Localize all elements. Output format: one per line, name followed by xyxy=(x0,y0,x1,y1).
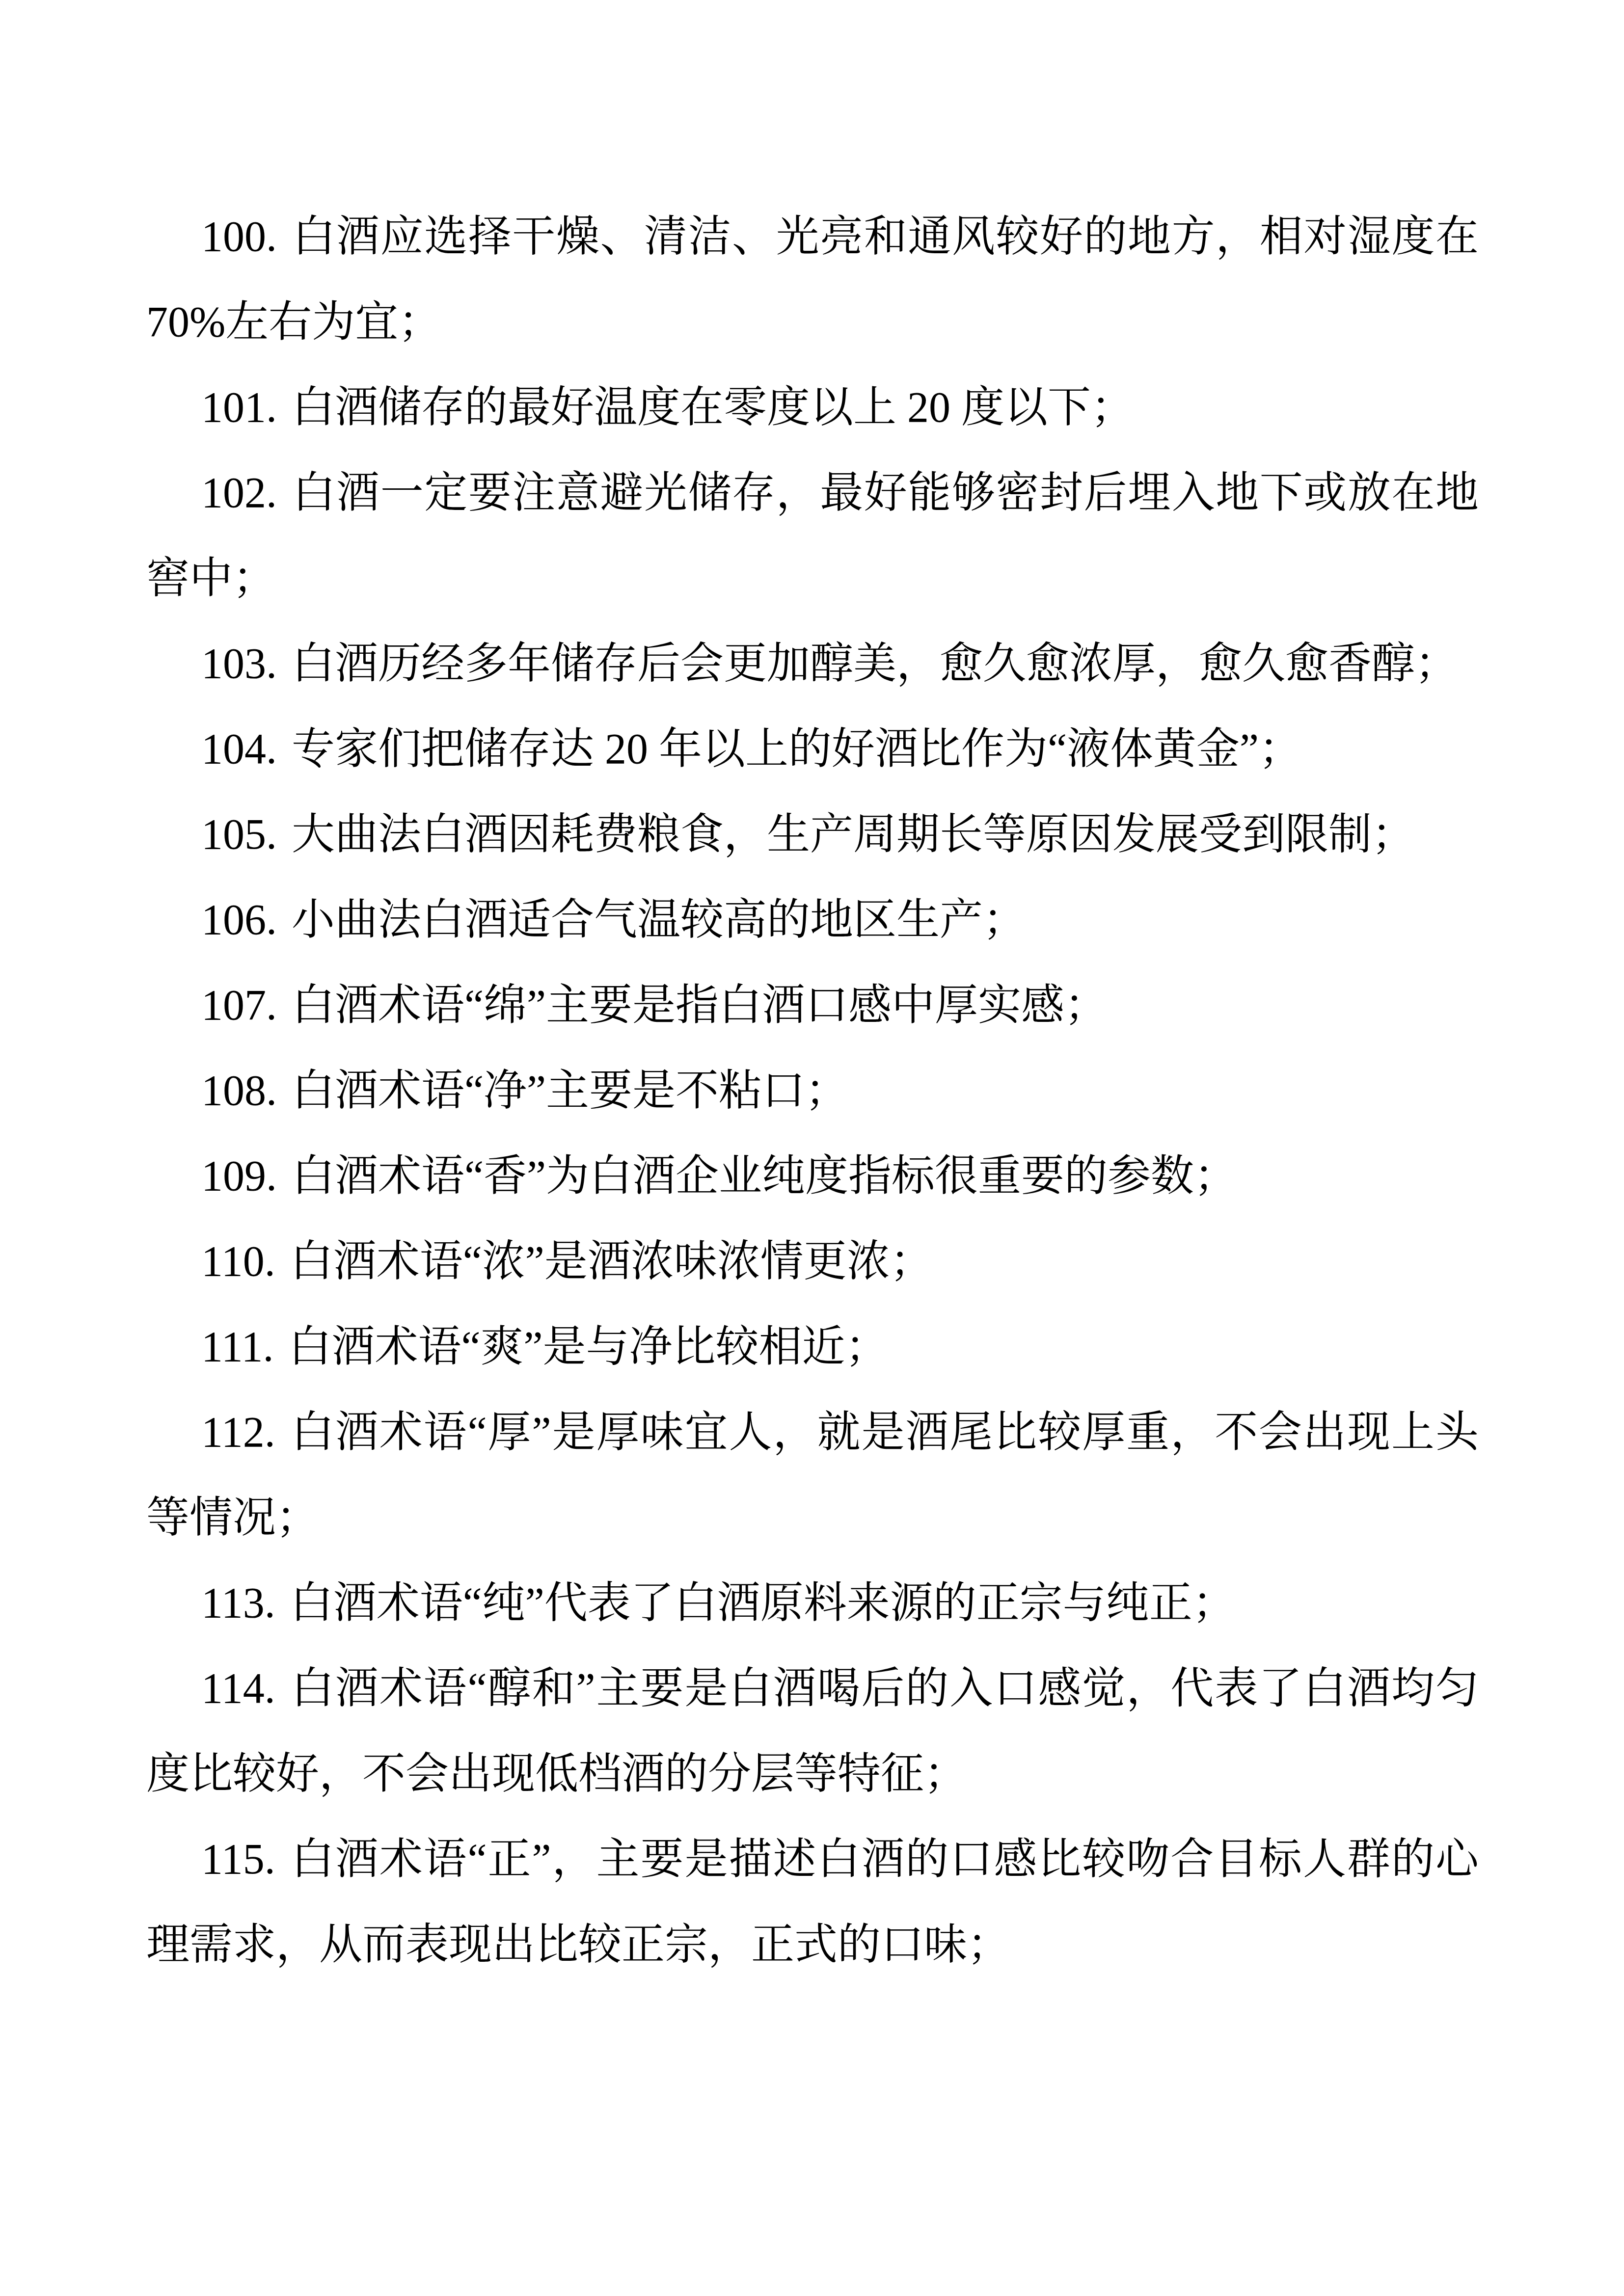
item-text: 白酒应选择干燥、清洁、光亮和通风较好的地方，相对湿度在70%左右为宜； xyxy=(146,213,1479,346)
item-text: 白酒术语“浓”是酒浓味浓情更浓； xyxy=(290,1238,933,1285)
item-number: 113. xyxy=(201,1579,275,1627)
list-item-101: 101.白酒储存的最好温度在零度以上 20 度以下； xyxy=(146,365,1479,451)
item-number: 115. xyxy=(201,1836,275,1883)
item-number: 101. xyxy=(201,384,277,431)
item-text: 白酒术语“绵”主要是指白酒口感中厚实感； xyxy=(292,982,1108,1029)
list-item-102: 102.白酒一定要注意避光储存，最好能够密封后埋入地下或放在地窖中； xyxy=(146,451,1479,621)
item-text: 白酒术语“纯”代表了白酒原料来源的正宗与纯正； xyxy=(290,1579,1236,1627)
item-number: 114. xyxy=(201,1665,275,1712)
item-number: 104. xyxy=(201,725,277,773)
item-text: 白酒术语“正”，主要是描述白酒的口感比较吻合目标人群的心理需求，从而表现出比较正… xyxy=(146,1836,1479,1969)
list-item-113: 113.白酒术语“纯”代表了白酒原料来源的正宗与纯正； xyxy=(146,1561,1479,1646)
item-text: 专家们把储存达 20 年以上的好酒比作为“液体黄金”； xyxy=(292,725,1302,773)
item-number: 106. xyxy=(201,896,277,944)
list-item-111: 111.白酒术语“爽”是与净比较相近； xyxy=(146,1305,1479,1390)
item-text: 白酒一定要注意避光储存，最好能够密封后埋入地下或放在地窖中； xyxy=(146,469,1479,602)
item-number: 108. xyxy=(201,1067,277,1115)
item-number: 112. xyxy=(201,1409,275,1456)
list-item-108: 108.白酒术语“净”主要是不粘口； xyxy=(146,1048,1479,1134)
item-number: 103. xyxy=(201,640,277,688)
item-text: 白酒储存的最好温度在零度以上 20 度以下； xyxy=(292,384,1134,431)
item-text: 白酒历经多年储存后会更加醇美，愈久愈浓厚，愈久愈香醇； xyxy=(292,640,1458,688)
list-item-105: 105.大曲法白酒因耗费粮食，生产周期长等原因发展受到限制； xyxy=(146,792,1479,878)
item-number: 111. xyxy=(201,1323,273,1371)
item-number: 105. xyxy=(201,811,277,858)
list-item-114: 114.白酒术语“醇和”主要是白酒喝后的入口感觉，代表了白酒均匀度比较好，不会出… xyxy=(146,1646,1479,1817)
item-text: 白酒术语“厚”是厚味宜人，就是酒尾比较厚重，不会出现上头等情况； xyxy=(146,1409,1479,1542)
list-item-107: 107.白酒术语“绵”主要是指白酒口感中厚实感； xyxy=(146,963,1479,1048)
list-item-109: 109.白酒术语“香”为白酒企业纯度指标很重要的参数； xyxy=(146,1134,1479,1219)
item-number: 100. xyxy=(201,213,277,261)
item-text: 小曲法白酒适合气温较高的地区生产； xyxy=(292,896,1026,944)
item-number: 107. xyxy=(201,982,277,1029)
item-text: 白酒术语“香”为白酒企业纯度指标很重要的参数； xyxy=(292,1152,1237,1200)
item-text: 白酒术语“净”主要是不粘口； xyxy=(292,1067,848,1115)
list-item-103: 103.白酒历经多年储存后会更加醇美，愈久愈浓厚，愈久愈香醇； xyxy=(146,621,1479,707)
item-text: 白酒术语“爽”是与净比较相近； xyxy=(288,1323,888,1371)
list-item-110: 110.白酒术语“浓”是酒浓味浓情更浓； xyxy=(146,1219,1479,1305)
item-number: 102. xyxy=(201,469,277,517)
document-page: 100.白酒应选择干燥、清洁、光亮和通风较好的地方，相对湿度在70%左右为宜； … xyxy=(0,0,1624,2296)
list-item-112: 112.白酒术语“厚”是厚味宜人，就是酒尾比较厚重，不会出现上头等情况； xyxy=(146,1390,1479,1561)
item-number: 110. xyxy=(201,1238,275,1285)
list-item-100: 100.白酒应选择干燥、清洁、光亮和通风较好的地方，相对湿度在70%左右为宜； xyxy=(146,194,1479,365)
item-number: 109. xyxy=(201,1152,277,1200)
list-item-104: 104.专家们把储存达 20 年以上的好酒比作为“液体黄金”； xyxy=(146,707,1479,792)
item-text: 大曲法白酒因耗费粮食，生产周期长等原因发展受到限制； xyxy=(292,811,1415,858)
list-item-115: 115.白酒术语“正”，主要是描述白酒的口感比较吻合目标人群的心理需求，从而表现… xyxy=(146,1817,1479,1988)
list-item-106: 106.小曲法白酒适合气温较高的地区生产； xyxy=(146,878,1479,963)
item-text: 白酒术语“醇和”主要是白酒喝后的入口感觉，代表了白酒均匀度比较好，不会出现低档酒… xyxy=(146,1665,1479,1798)
